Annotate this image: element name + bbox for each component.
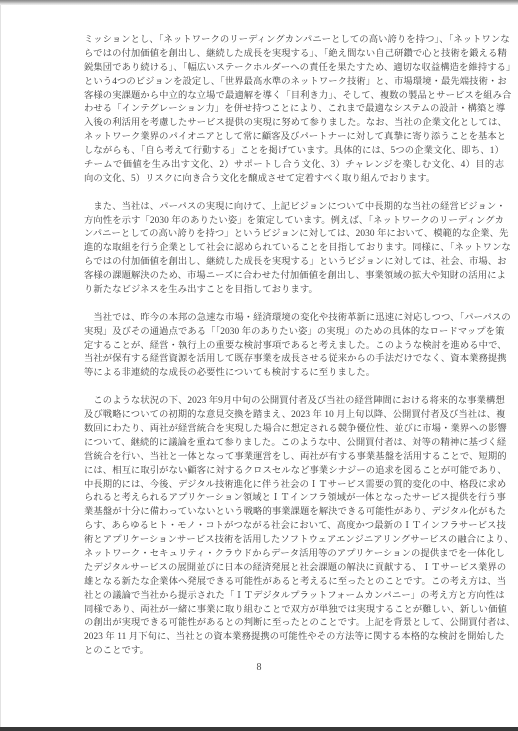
text-line: 当社では、昨今の本邦の急速な市場・経済環境の変化や技術革新に迅速に対応しつつ、「… bbox=[84, 312, 504, 326]
text-line: ネットワーク業界のパイオニアとして常に顧客及びパートナーに対して真摯に寄り添うこ… bbox=[84, 131, 504, 145]
text-line: 2023 年 11 月下旬に、当社との資本業務提携の可能性やその方法等に関する本… bbox=[84, 631, 504, 645]
text-line: 雄となる新たな企業体へ発展できる可能性があると考えるに至ったとのことです。この考… bbox=[84, 576, 504, 590]
text-line: 社との議論で当社から提示された「ＩＴデジタルプラットフォームカンパニー」の考え方… bbox=[84, 590, 504, 604]
text-line: このような状況の下、2023 年9月中旬の公開買付者及び当社の経営陣間における将… bbox=[84, 395, 504, 409]
text-line: 方向性を示す「2030 年のありたい姿」を策定しています。例えば、「ネットワーク… bbox=[84, 215, 504, 229]
text-line: 術とアプリケーションサービス技術を活用したソフトウェアエンジニアリングサービスの… bbox=[84, 534, 504, 548]
text-line: 数回にわたり、両社が経営統合を実現した場合に想定される競争優位性、並びに市場・業… bbox=[84, 423, 504, 437]
text-line: 客様の実課題から中立的な立場で最適解を導く「目利き力」、そして、複数の製品とサー… bbox=[84, 90, 504, 104]
text-line: 当社が保有する経営資源を活用して既存事業を成長させる従来からの手法だけでなく、資… bbox=[84, 353, 504, 367]
window-bottom-edge bbox=[0, 727, 518, 731]
paragraph: また、当社は、パーパスの実現に向けて、上記ビジョンについて中長期的な当社の経営ビ… bbox=[84, 201, 504, 298]
text-line: 実現」及びその通過点である「「2030 年のありたい姿」の実現」のための具体的な… bbox=[84, 326, 504, 340]
text-line: ネットワーク・セキュリティ・クラウドからデータ活用等のアプリケーションの提供まで… bbox=[84, 548, 504, 562]
text-line: らす、あらゆるヒト・モノ・コトがつながる社会において、高度かつ最新のＩＴインフラ… bbox=[84, 520, 504, 534]
text-line: ンパニーとしての高い誇りを持つ」というビジョンに対しては、2030 年において、… bbox=[84, 228, 504, 242]
paragraph: このような状況の下、2023 年9月中旬の公開買付者及び当社の経営陣間における将… bbox=[84, 395, 504, 659]
text-line: たデジタルサービスの展開並びに日本の経済発展と社会課題の解決に貢献する、ＩＴサー… bbox=[84, 562, 504, 576]
document-page: ミッションとし、「ネットワークのリーディングカンパニーとしての高い誇りを持つ」、… bbox=[0, 0, 518, 731]
text-line: 等による非連続的な成長の必要性についても検討するに至りました。 bbox=[84, 367, 504, 381]
text-line: り新たなビジネスを生み出すことを目指しております。 bbox=[84, 284, 504, 298]
document-body: ミッションとし、「ネットワークのリーディングカンパニーとしての高い誇りを持つ」、… bbox=[84, 34, 504, 659]
text-line: とのことです。 bbox=[84, 645, 504, 659]
text-line: らではの付加価値を創出し、継続した成長を実現する」というビジョンに対しては、社会… bbox=[84, 256, 504, 270]
text-line: られると考えられるアプリケーション領域とＩＴインフラ領域が一体となったサービス提… bbox=[84, 492, 504, 506]
text-line: 中長期的には、今後、デジタル技術進化に伴う社会のＩＴサービス需要の質的変化の中、… bbox=[84, 479, 504, 493]
text-line: 同様であり、両社が一緒に事業に取り組むことで双方が単独では実現することが難しい、… bbox=[84, 604, 504, 618]
text-line: 営統合を行い、当社と一体となって事業運営をし、両社が有する事業基盤を活用すること… bbox=[84, 451, 504, 465]
text-line: 及び戦略についての初期的な意見交換を踏まえ、2023 年 10 月上旬以降、公開… bbox=[84, 409, 504, 423]
text-line: 業基盤が十分に備わっていないという戦略的事業課題を解決できる可能性があり、デジタ… bbox=[84, 506, 504, 520]
text-line: チームで価値を生み出す文化、2）サポートし合う文化、3）チャレンジを楽しむ文化、… bbox=[84, 159, 504, 173]
text-line: らではの付加価値を創出し、継続した成長を実現する」、「絶え間ない自己研鑽で心と技… bbox=[84, 48, 504, 62]
text-line: 進的な取組を行う企業として社会に認められていることを目指しております。同様に、「… bbox=[84, 242, 504, 256]
text-line: には、相互に取引がない顧客に対するクロスセルなど事業シナジーの追求を図ることが可… bbox=[84, 465, 504, 479]
text-line: また、当社は、パーパスの実現に向けて、上記ビジョンについて中長期的な当社の経営ビ… bbox=[84, 201, 504, 215]
text-line: という4つのビジョンを設定し、「世界最高水準のネットワーク技術」と、市場環境・最… bbox=[84, 76, 504, 90]
text-line: 客様の課題解決のため、市場ニーズに合わせた付加価値を創出し、事業領域の拡大や知財… bbox=[84, 270, 504, 284]
text-line: の創出が実現できる可能性があるとの判断に至ったとのことです。上記を背景として、公… bbox=[84, 617, 504, 631]
text-line: について、継続的に議論を重ねて参りました。このような中、公開買付者は、対等の精神… bbox=[84, 437, 504, 451]
text-line: 定することが、経営・執行上の重要な検討事項であると考えました。このような検討を進… bbox=[84, 340, 504, 354]
text-line: ミッションとし、「ネットワークのリーディングカンパニーとしての高い誇りを持つ」、… bbox=[84, 34, 504, 48]
paragraph: 当社では、昨今の本邦の急速な市場・経済環境の変化や技術革新に迅速に対応しつつ、「… bbox=[84, 312, 504, 381]
text-line: 入後の利活用を考慮したサービス提供の実現に努めて参りました。なお、当社の企業文化… bbox=[84, 117, 504, 131]
text-line: 鋭集団であり続ける」、「幅広いステークホルダーへの責任を果たすため、適切な収益構… bbox=[84, 62, 504, 76]
text-line: 向の文化、5）リスクに向き合う文化を醸成させて定着すべく取り組んでおります。 bbox=[84, 173, 504, 187]
text-line: しながらも、「自ら考えて行動する」ことを掲げています。具体的には、5つの企業文化… bbox=[84, 145, 504, 159]
paragraph: ミッションとし、「ネットワークのリーディングカンパニーとしての高い誇りを持つ」、… bbox=[84, 34, 504, 187]
page-left-border bbox=[0, 5, 1, 727]
page-number: 8 bbox=[0, 661, 518, 674]
text-line: わせる「インテグレーション力」を併せ持つことにより、これまで最適なシステムの設計… bbox=[84, 103, 504, 117]
window-top-edge bbox=[0, 0, 518, 5]
